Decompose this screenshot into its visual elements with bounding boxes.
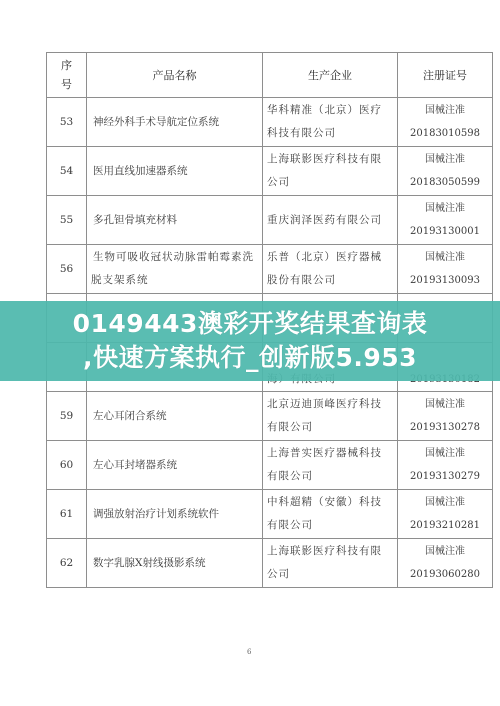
reg-type: 国械注准 <box>402 246 488 269</box>
reg-type: 国械注准 <box>402 197 488 220</box>
header-serial-label: 序 号 <box>61 56 73 94</box>
product-name-text: 数字乳腺X射线摄影系统 <box>91 557 205 569</box>
banner-title-line-1: 0149443澳彩开奖结果查询表 <box>73 307 428 341</box>
row-product-name: 数字乳腺X射线摄影系统 <box>87 539 263 588</box>
row-registration: 国械注准20193130278 <box>398 392 493 441</box>
row-manufacturer: 北京迈迪顶峰医疗科技有限公司 <box>263 392 398 441</box>
table-header-row: 序 号 产品名称 生产企业 注册证号 <box>47 53 493 98</box>
product-name-text: 神经外科手术导航定位系统 <box>91 116 219 128</box>
row-serial: 60 <box>47 441 87 490</box>
reg-type: 国械注准 <box>402 540 488 563</box>
header-product-name: 产品名称 <box>87 53 263 98</box>
row-manufacturer: 中科超精（安徽）科技有限公司 <box>263 490 398 539</box>
row-product-name: 神经外科手术导航定位系统 <box>87 98 263 147</box>
header-registration-number: 注册证号 <box>398 53 493 98</box>
row-serial: 61 <box>47 490 87 539</box>
product-name-text: 医用直线加速器系统 <box>91 165 188 177</box>
table-row: 62 数字乳腺X射线摄影系统 上海联影医疗科技有限公司 国械注准20193060… <box>47 539 493 588</box>
table-row: 59 左心耳闭合系统 北京迈迪顶峰医疗科技有限公司 国械注准2019313027… <box>47 392 493 441</box>
row-serial: 55 <box>47 196 87 245</box>
page-number: 6 <box>247 648 251 656</box>
row-manufacturer: 上海联影医疗科技有限公司 <box>263 539 398 588</box>
product-name-text: 左心耳闭合系统 <box>91 410 167 422</box>
reg-type: 国械注准 <box>402 491 488 514</box>
row-registration: 国械注准20183010598 <box>398 98 493 147</box>
reg-type: 国械注准 <box>402 99 488 122</box>
row-registration: 国械注准20193130279 <box>398 441 493 490</box>
row-registration: 国械注准20193130093 <box>398 245 493 294</box>
reg-code: 20183050599 <box>402 171 488 194</box>
row-manufacturer: 华科精准（北京）医疗科技有限公司 <box>263 98 398 147</box>
row-manufacturer: 乐普（北京）医疗器械股份有限公司 <box>263 245 398 294</box>
reg-code: 20193130001 <box>402 220 488 243</box>
banner-title-line-2: ,快速方案执行_创新版5.953 <box>83 341 417 375</box>
table-row: 53 神经外科手术导航定位系统 华科精准（北京）医疗科技有限公司 国械注准201… <box>47 98 493 147</box>
header-serial-number: 序 号 <box>47 53 87 98</box>
overlay-title-banner: 0149443澳彩开奖结果查询表 ,快速方案执行_创新版5.953 <box>0 301 500 381</box>
row-serial: 54 <box>47 147 87 196</box>
row-serial: 56 <box>47 245 87 294</box>
reg-code: 20193060280 <box>402 563 488 586</box>
document-page: 序 号 产品名称 生产企业 注册证号 53 神经外科手术导航定位系统 华科精准（… <box>0 0 500 706</box>
table-row: 60 左心耳封堵器系统 上海普实医疗器械科技有限公司 国械注准201931302… <box>47 441 493 490</box>
row-serial: 62 <box>47 539 87 588</box>
reg-type: 国械注准 <box>402 148 488 171</box>
reg-type: 国械注准 <box>402 393 488 416</box>
row-product-name: 多孔钽骨填充材料 <box>87 196 263 245</box>
row-serial: 59 <box>47 392 87 441</box>
row-manufacturer: 上海联影医疗科技有限公司 <box>263 147 398 196</box>
reg-code: 20193130093 <box>402 269 488 292</box>
row-product-name: 左心耳封堵器系统 <box>87 441 263 490</box>
row-registration: 国械注准20193060280 <box>398 539 493 588</box>
reg-code: 20193130279 <box>402 465 488 488</box>
reg-type: 国械注准 <box>402 442 488 465</box>
product-name-text: 生物可吸收冠状动脉雷帕霉素洗脱支架系统 <box>91 251 254 286</box>
row-manufacturer: 重庆润泽医药有限公司 <box>263 196 398 245</box>
row-product-name: 生物可吸收冠状动脉雷帕霉素洗脱支架系统 <box>87 245 263 294</box>
table-row: 55 多孔钽骨填充材料 重庆润泽医药有限公司 国械注准20193130001 <box>47 196 493 245</box>
reg-code: 20193210281 <box>402 514 488 537</box>
row-registration: 国械注准20193130001 <box>398 196 493 245</box>
product-name-text: 调强放射治疗计划系统软件 <box>91 508 219 520</box>
row-product-name: 调强放射治疗计划系统软件 <box>87 490 263 539</box>
row-serial: 53 <box>47 98 87 147</box>
table-row: 61 调强放射治疗计划系统软件 中科超精（安徽）科技有限公司 国械注准20193… <box>47 490 493 539</box>
header-manufacturer: 生产企业 <box>263 53 398 98</box>
row-registration: 国械注准20183050599 <box>398 147 493 196</box>
row-manufacturer: 上海普实医疗器械科技有限公司 <box>263 441 398 490</box>
row-product-name: 医用直线加速器系统 <box>87 147 263 196</box>
product-name-text: 左心耳封堵器系统 <box>91 459 177 471</box>
table-row: 56 生物可吸收冠状动脉雷帕霉素洗脱支架系统 乐普（北京）医疗器械股份有限公司 … <box>47 245 493 294</box>
row-registration: 国械注准20193210281 <box>398 490 493 539</box>
reg-code: 20183010598 <box>402 122 488 145</box>
row-product-name: 左心耳闭合系统 <box>87 392 263 441</box>
product-name-text: 多孔钽骨填充材料 <box>91 214 177 226</box>
table-row: 54 医用直线加速器系统 上海联影医疗科技有限公司 国械注准2018305059… <box>47 147 493 196</box>
reg-code: 20193130278 <box>402 416 488 439</box>
